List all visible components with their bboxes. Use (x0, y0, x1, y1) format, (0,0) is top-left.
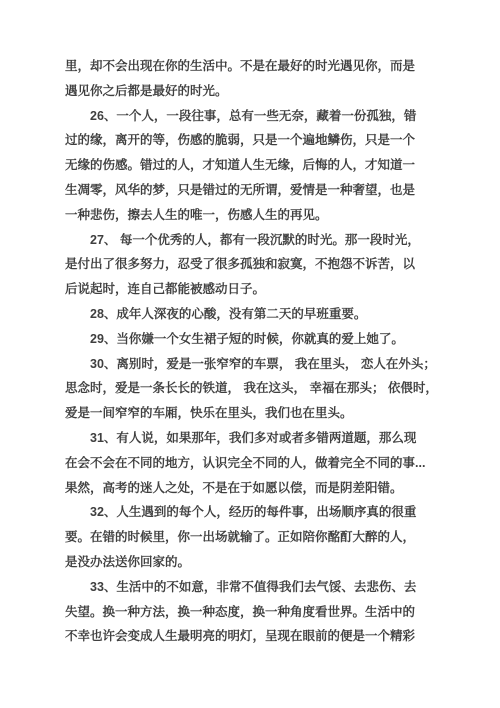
paragraph-30-line-1: 30、离别时，爱是一张窄窄的车票， 我在里头， 恋人在外头； (65, 352, 470, 377)
paragraph-30-line-3: 爱是一间窄窄的车厢，快乐在里头，我们也在里头。 (65, 401, 470, 426)
paragraph-26-line-3: 无缘的伤感。错过的人，才知道人生无缘，后悔的人，才知道一 (65, 153, 470, 178)
paragraph-31-line-3: 果然，高考的迷人之处，不是在于如愿以偿，而是阴差阳错。 (65, 476, 470, 501)
paragraph-32-line-3: 是没办法送你回家的。 (65, 550, 470, 575)
paragraph-26-line-5: 一种悲伤，擦去人生的唯一，伤感人生的再见。 (65, 203, 470, 228)
paragraph-26-line-2: 过的缘，离开的等，伤感的脆弱，只是一个遍地鳞伤，只是一个 (65, 128, 470, 153)
paragraph-27-line-1: 27、 每一个优秀的人，都有一段沉默的时光。那一段时光， (65, 228, 470, 253)
paragraph-31-line-1: 31、有人说，如果那年，我们多对或者多错两道题，那么现 (65, 426, 470, 451)
document-content: 里，却不会出现在你的生活中。不是在最好的时光遇见你，而是遇见你之后都是最好的时光… (65, 54, 470, 649)
paragraph-29-line-1: 29、当你嫌一个女生裙子短的时候，你就真的爱上她了。 (65, 327, 470, 352)
paragraph-32-line-2: 要。在错的时候里，你一出场就输了。正如陪你酩酊大醉的人， (65, 525, 470, 550)
paragraph-26-line-4: 生凋零，风华的梦，只是错过的无所谓，爱情是一种奢望，也是 (65, 178, 470, 203)
paragraph-33-line-2: 失望。换一种方法，换一种态度，换一种角度看世界。生活中的 (65, 600, 470, 625)
paragraph-32-line-1: 32、人生遇到的每个人，经历的每件事，出场顺序真的很重 (65, 500, 470, 525)
paragraph-31-line-2: 在会不会在不同的地方，认识完全不同的人，做着完全不同的事... (65, 451, 470, 476)
document-page: 里，却不会出现在你的生活中。不是在最好的时光遇见你，而是遇见你之后都是最好的时光… (0, 0, 500, 708)
paragraph-28-line-1: 28、成年人深夜的心酸，没有第二天的早班重要。 (65, 302, 470, 327)
paragraph-27-line-3: 后说起时，连自己都能被感动日子。 (65, 277, 470, 302)
paragraph-33-line-1: 33、生活中的不如意，非常不值得我们去气馁、去悲伤、去 (65, 575, 470, 600)
paragraph-continuation-line-1: 里，却不会出现在你的生活中。不是在最好的时光遇见你，而是 (65, 54, 470, 79)
paragraph-30-line-2: 思念时，爱是一条长长的铁道， 我在这头， 幸福在那头； 依偎时， (65, 376, 470, 401)
paragraph-33-line-3: 不幸也许会变成人生最明亮的明灯，呈现在眼前的便是一个精彩 (65, 624, 470, 649)
paragraph-continuation-line-2: 遇见你之后都是最好的时光。 (65, 79, 470, 104)
paragraph-27-line-2: 是付出了很多努力，忍受了很多孤独和寂寞，不抱怨不诉苦，以 (65, 252, 470, 277)
paragraph-26-line-1: 26、一个人，一段往事，总有一些无奈，藏着一份孤独，错 (65, 104, 470, 129)
